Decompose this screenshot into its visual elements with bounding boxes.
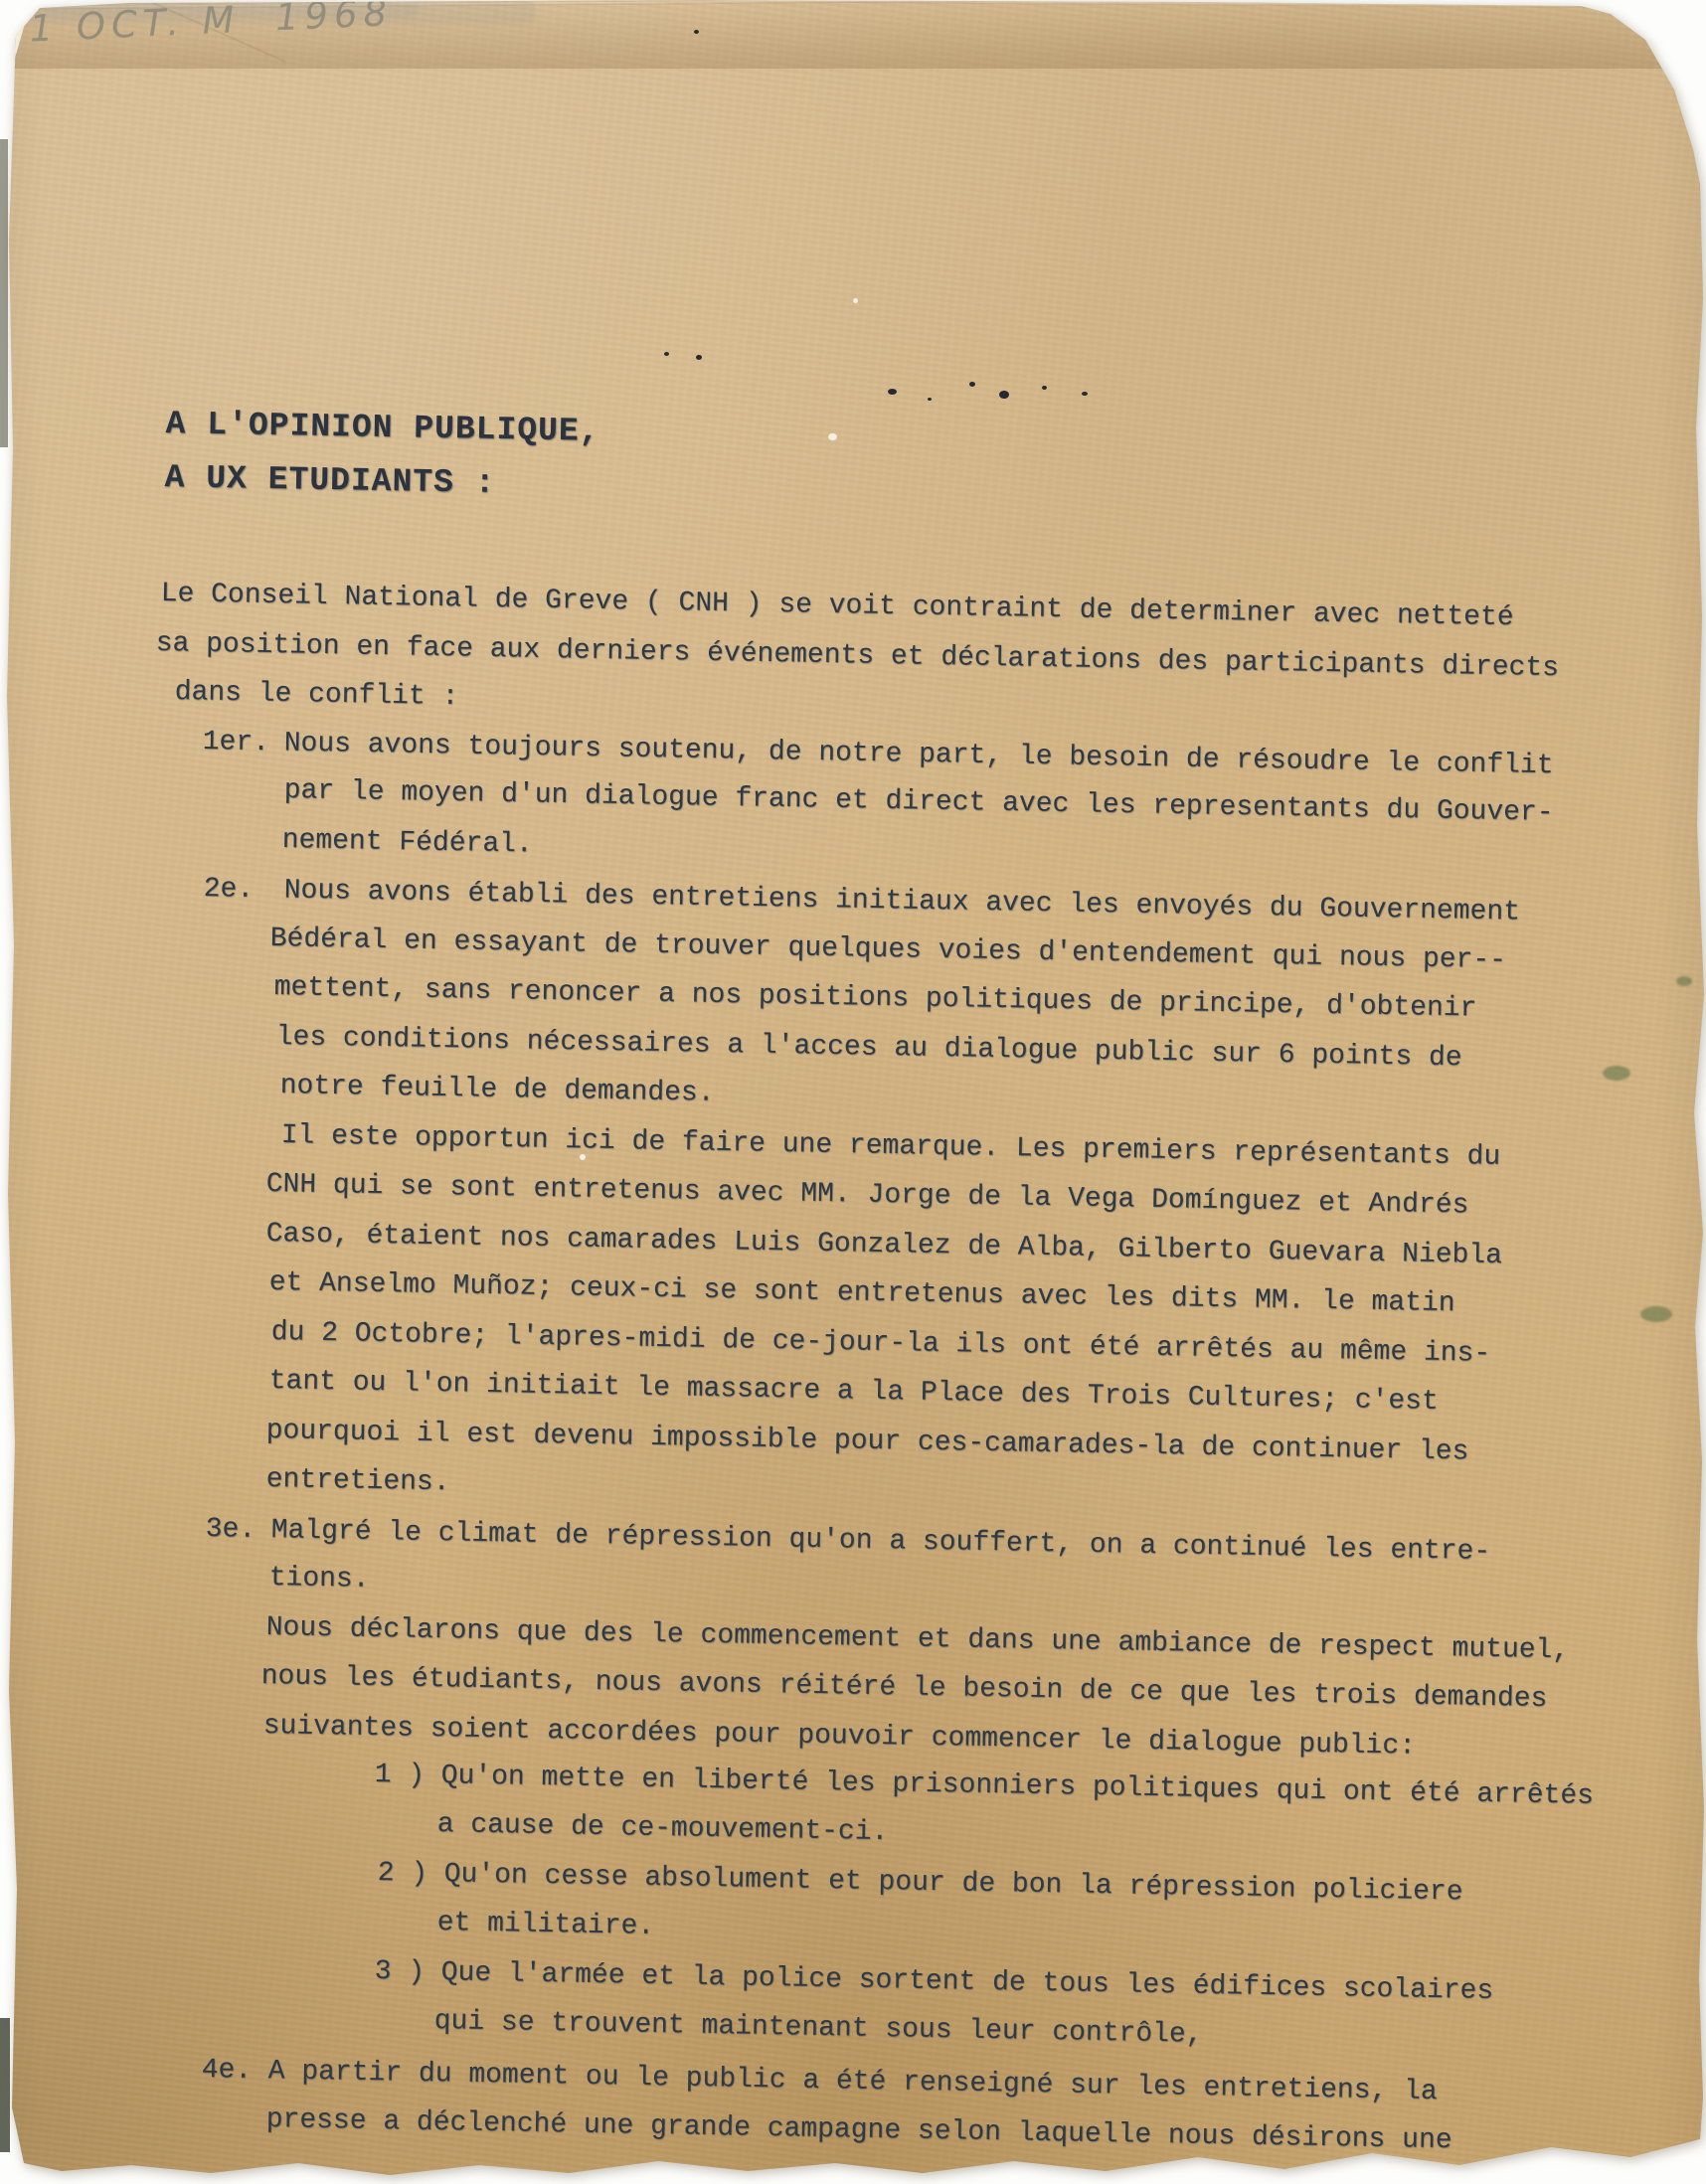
item-text: Nous avons établi des entretiens initiau… [283,875,1520,927]
document-heading-line: A UX ETUDIANTS : [164,459,495,503]
typed-line: sa position en face aux derniers événeme… [155,628,1559,685]
typed-line: nous les étudiants, nous avons réitéré l… [260,1661,1547,1716]
item-label: 3e. [205,1514,271,1547]
document-page: 11 OCT. M 1968 A L'OPINION PUBLIQUE, A U… [0,0,1706,2184]
typed-line: CNH qui se sont entretenus avec MM. Jorg… [265,1169,1468,1223]
typed-line: tions. [268,1563,369,1596]
typed-line: nement Fédéral. [281,825,533,862]
typed-line: 3 )Que l'armée et la police sortent de t… [374,1956,1493,2008]
typed-line: 2 )Qu'on cesse absolument et pour de bon… [377,1858,1462,1910]
typed-line: Il este opportun ici de faire une remarq… [280,1120,1500,1174]
typed-line: et Anselmo Muñoz; ceux-ci se sont entret… [268,1267,1454,1320]
typed-line: a cause de ce-mouvement-ci. [436,1809,888,1849]
demand-text: Qu'on mette en liberté les prisonniers p… [440,1761,1594,1812]
typed-line: 3e.Malgré le climat de répression qu'on … [205,1514,1490,1569]
item-label: 4e. [201,2055,268,2088]
document-page-wrap: 11 OCT. M 1968 A L'OPINION PUBLIQUE, A U… [0,0,1706,2184]
item-label: 1er. [202,727,284,760]
item-label: 2e. [203,874,284,908]
item-text: Nous avons toujours soutenu, de notre pa… [283,728,1553,781]
typed-line: presse a déclenché une grande campagne s… [265,2104,1451,2157]
document-heading-line: A L'OPINION PUBLIQUE, [165,406,599,451]
typed-line: du 2 Octobre; l'apres-midi de ce-jour-la… [270,1317,1490,1371]
demand-text: Qu'on cesse absolument et pour de bon la… [443,1859,1462,1908]
typed-line: Caso, étaient nos camarades Luis Gonzale… [265,1219,1502,1272]
scanned-document-canvas: 11 OCT. M 1968 A L'OPINION PUBLIQUE, A U… [0,0,1706,2184]
typed-line: suivantes soient accordées pour pouvoir … [262,1711,1416,1764]
typed-line: 4e.A partir du moment ou le public a été… [201,2055,1438,2108]
typed-text-layer: A L'OPINION PUBLIQUE, A UX ETUDIANTS : L… [0,0,1706,2184]
typed-line: Nous déclarons que des le commencement e… [265,1612,1569,1668]
demand-text: Que l'armée et la police sortent de tous… [440,1957,1493,2007]
typed-line: Le Conseil National de Greve ( CNH ) se … [160,579,1513,634]
typed-line: mettent, sans renoncer a nos positions p… [273,972,1476,1026]
typed-line: 1 )Qu'on mette en liberté les prisonnier… [374,1760,1594,1813]
typed-line: 1er.Nous avons toujours soutenu, de notr… [202,727,1553,782]
typed-line: entretiens. [265,1464,449,1499]
item-text: A partir du moment ou le public a été re… [267,2056,1438,2107]
typed-line: les conditions nécessaires a l'acces au … [275,1022,1461,1075]
typed-line: tant ou l'on initiait le massacre a la P… [268,1366,1439,1419]
typed-line: notre feuille de demandes. [279,1071,714,1110]
typed-line: qui se trouvent maintenant sous leur con… [433,2006,1202,2052]
typed-line: pourquoi il est devenu impossible pour c… [265,1416,1468,1469]
demand-number: 3 ) [374,1956,441,1989]
typed-line: dans le conflit : [174,677,458,714]
demand-number: 1 ) [374,1760,441,1792]
typed-line: et militaire. [436,1908,654,1943]
typed-line: par le moyen d'un dialogue franc et dire… [283,775,1553,830]
demand-number: 2 ) [377,1858,444,1891]
typed-line: 2e.Nous avons établi des entretiens init… [203,874,1520,929]
item-text: Malgré le climat de répression qu'on a s… [270,1515,1490,1568]
typed-line: Bédéral en essayant de trouver quelques … [269,924,1506,977]
